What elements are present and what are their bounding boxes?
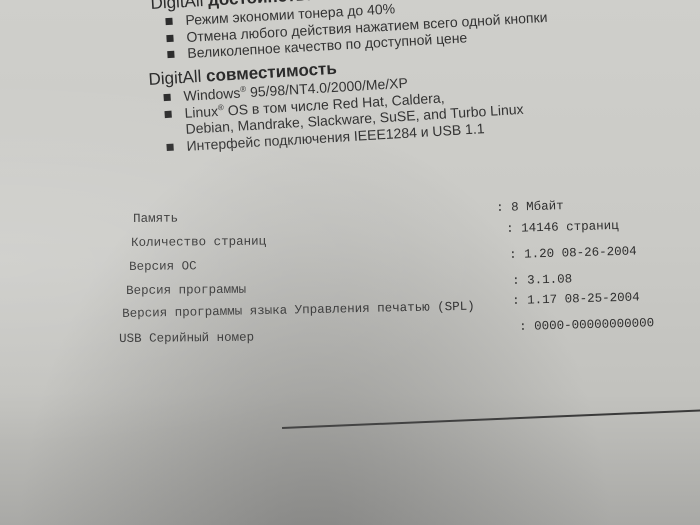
report-label-program-version: Версия программы [126, 283, 246, 298]
bullet-icon [167, 51, 174, 58]
signature-line [282, 409, 700, 428]
report-value-os-version: : 1.20 08-26-2004 [509, 244, 637, 262]
report-value-spl-version: : 1.17 08-25-2004 [512, 290, 640, 308]
report-value-page-count: : 14146 страниц [506, 219, 619, 236]
item-text: Linux [184, 102, 218, 120]
report-value-program-version: : 3.1.08 [512, 272, 572, 288]
report-label-usb-serial: USB Серийный номер [119, 331, 254, 346]
bullet-icon [166, 143, 173, 150]
report-label-spl-version: Версия программы языка Управления печать… [122, 300, 475, 321]
report-value-usb-serial: : 0000-00000000000 [519, 316, 654, 334]
report-label-page-count: Количество страниц [131, 235, 266, 250]
report-label-os-version: Версия ОС [129, 259, 197, 274]
bullet-icon [165, 18, 172, 25]
report-label-memory: Память [133, 212, 178, 226]
brand-name: DigitAll [148, 67, 202, 89]
report-value-memory: : 8 Мбайт [496, 199, 564, 215]
bullet-icon [163, 94, 170, 101]
compatibility-section: DigitAll совместимость Windows® 95/98/NT… [148, 48, 525, 156]
bullet-icon [164, 110, 171, 117]
bullet-icon [166, 34, 173, 41]
